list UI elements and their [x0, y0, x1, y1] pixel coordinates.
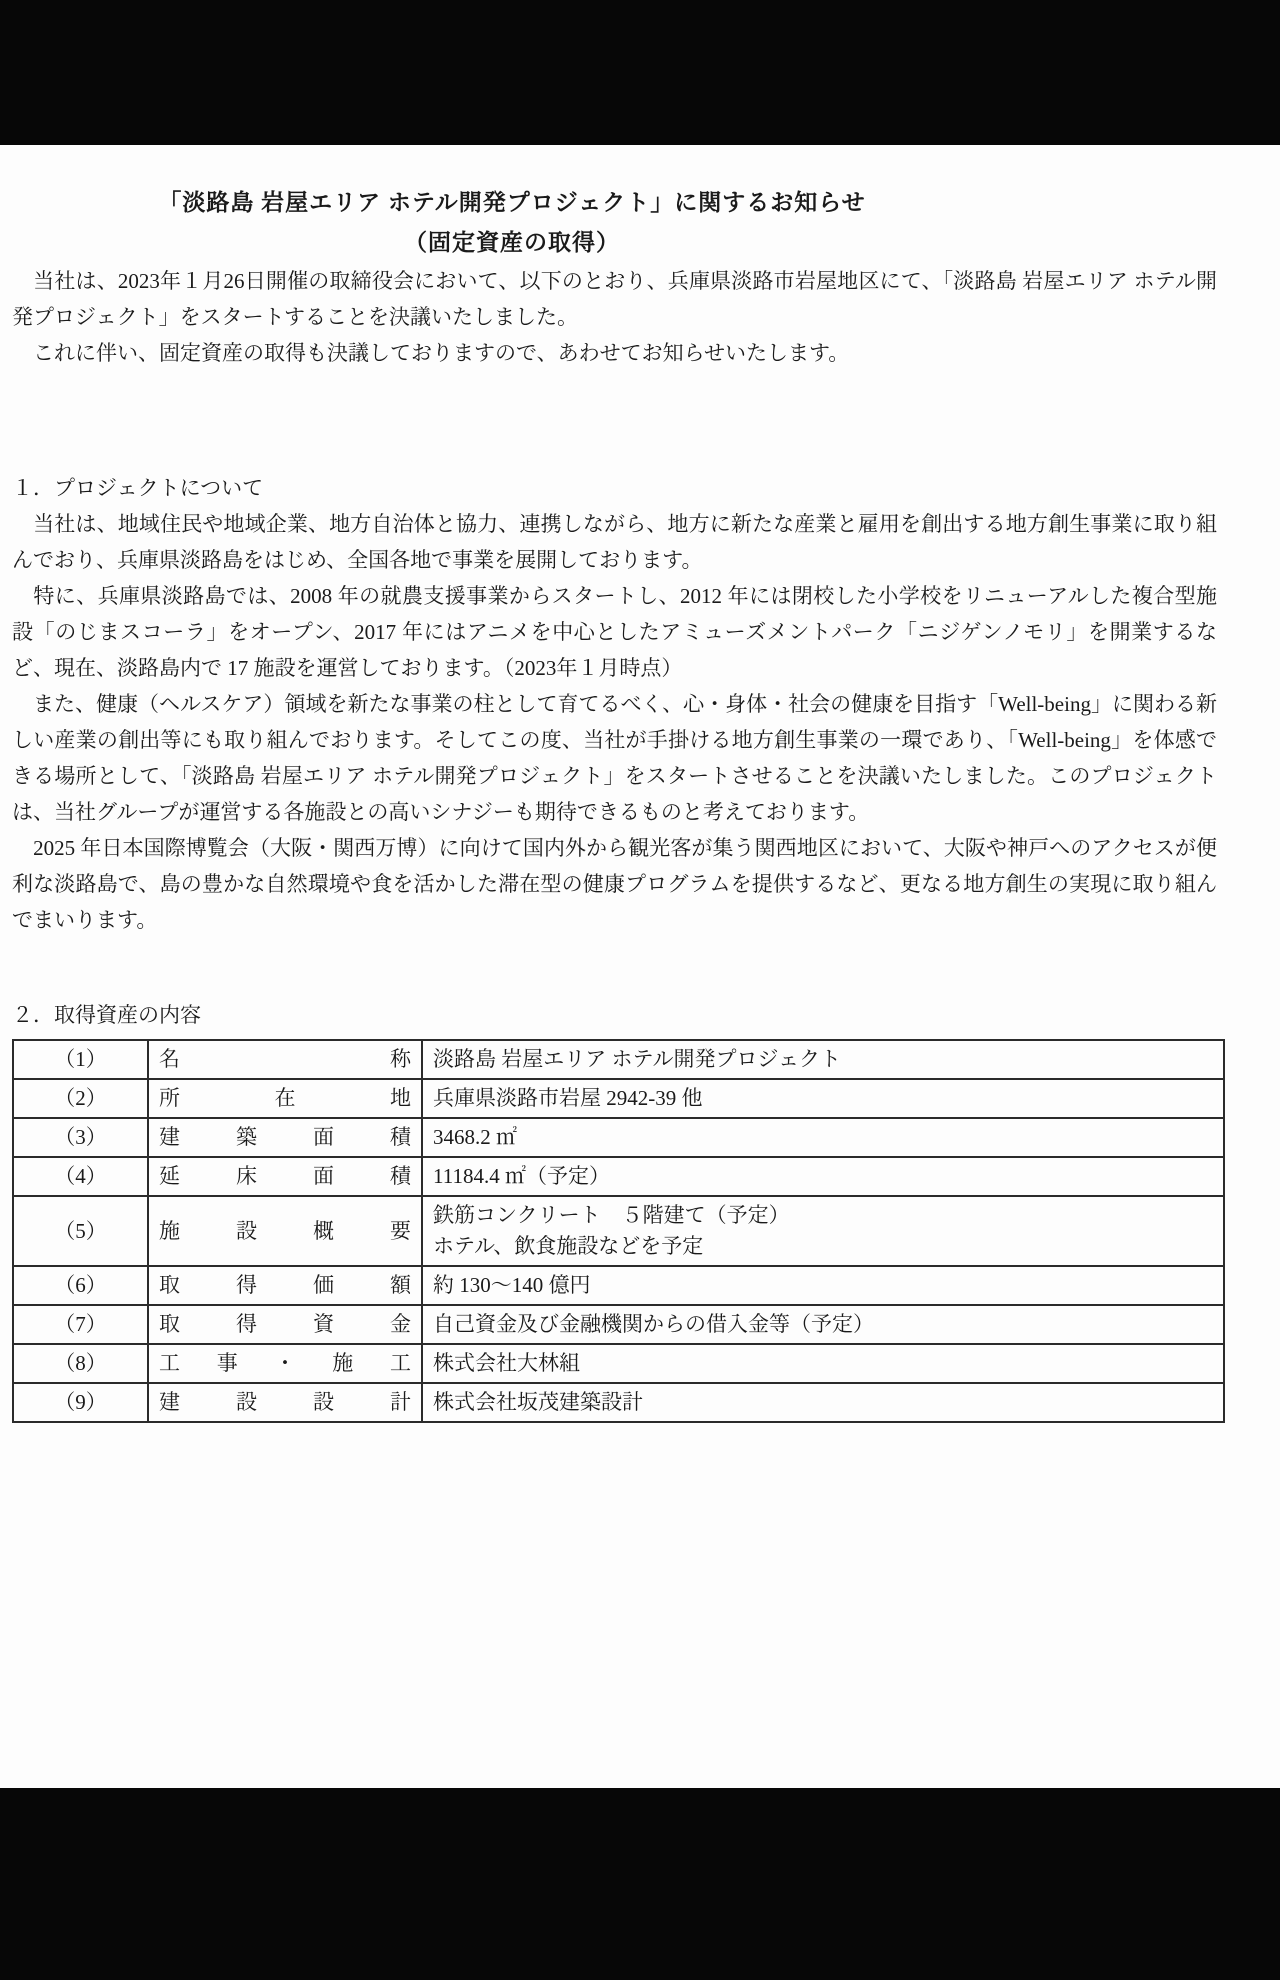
document-title: 「淡路島 岩屋エリア ホテル開発プロジェクト」に関するお知らせ （固定資産の取得… [12, 183, 1012, 263]
row-value: 鉄筋コンクリート ５階建て（予定） ホテル、飲食施設などを予定 [422, 1196, 1224, 1266]
table-row: （5） 施設概要 鉄筋コンクリート ５階建て（予定） ホテル、飲食施設などを予定 [13, 1196, 1224, 1266]
table-row: （7） 取得資金 自己資金及び金融機関からの借入金等（予定） [13, 1305, 1224, 1344]
acquired-assets-table: （1） 名称 淡路島 岩屋エリア ホテル開発プロジェクト （2） 所在地 兵庫県… [12, 1039, 1225, 1423]
table-row: （4） 延床面積 11184.4 ㎡（予定） [13, 1157, 1224, 1196]
row-number: （2） [13, 1079, 148, 1118]
row-number: （3） [13, 1118, 148, 1157]
row-number: （5） [13, 1196, 148, 1266]
document-page: 「淡路島 岩屋エリア ホテル開発プロジェクト」に関するお知らせ （固定資産の取得… [0, 145, 1280, 1788]
table-row: （1） 名称 淡路島 岩屋エリア ホテル開発プロジェクト [13, 1040, 1224, 1079]
row-label: 工事・施工 [148, 1344, 422, 1383]
section1-paragraph-3: また、健康（ヘルスケア）領域を新たな事業の柱として育てるべく、心・身体・社会の健… [12, 686, 1217, 830]
table-row: （8） 工事・施工 株式会社大林組 [13, 1344, 1224, 1383]
row-label: 延床面積 [148, 1157, 422, 1196]
bottom-black-margin [0, 1788, 1280, 1980]
row-label: 取得価額 [148, 1266, 422, 1305]
row-value: 自己資金及び金融機関からの借入金等（予定） [422, 1305, 1224, 1344]
table-row: （2） 所在地 兵庫県淡路市岩屋 2942-39 他 [13, 1079, 1224, 1118]
row-label: 名称 [148, 1040, 422, 1079]
table-row: （9） 建設設計 株式会社坂茂建築設計 [13, 1383, 1224, 1422]
row-number: （7） [13, 1305, 148, 1344]
row-value: 淡路島 岩屋エリア ホテル開発プロジェクト [422, 1040, 1224, 1079]
section1-paragraph-2: 特に、兵庫県淡路島では、2008 年の就農支援事業からスタートし、2012 年に… [12, 578, 1217, 686]
table-row: （6） 取得価額 約 130～140 億円 [13, 1266, 1224, 1305]
row-number: （6） [13, 1266, 148, 1305]
row-value: 3468.2 ㎡ [422, 1118, 1224, 1157]
row-value: 11184.4 ㎡（予定） [422, 1157, 1224, 1196]
title-line-2: （固定資産の取得） [12, 223, 1012, 263]
row-label: 建築面積 [148, 1118, 422, 1157]
row-value: 株式会社坂茂建築設計 [422, 1383, 1224, 1422]
section2-heading: ２．取得資産の内容 [12, 998, 1222, 1033]
table-row: （3） 建築面積 3468.2 ㎡ [13, 1118, 1224, 1157]
section1-paragraph-4: 2025 年日本国際博覧会（大阪・関西万博）に向けて国内外から観光客が集う関西地… [12, 830, 1217, 938]
row-label: 建設設計 [148, 1383, 422, 1422]
row-label: 取得資金 [148, 1305, 422, 1344]
row-number: （1） [13, 1040, 148, 1079]
row-value: 株式会社大林組 [422, 1344, 1224, 1383]
intro-paragraph: 当社は、2023年１月26日開催の取締役会において、以下のとおり、兵庫県淡路市岩… [12, 263, 1217, 371]
row-value: 兵庫県淡路市岩屋 2942-39 他 [422, 1079, 1224, 1118]
top-black-margin [0, 0, 1280, 145]
row-value: 約 130～140 億円 [422, 1266, 1224, 1305]
section1-heading: １．プロジェクトについて [12, 471, 1222, 506]
row-number: （9） [13, 1383, 148, 1422]
title-line-1: 「淡路島 岩屋エリア ホテル開発プロジェクト」に関するお知らせ [12, 183, 1012, 223]
row-number: （8） [13, 1344, 148, 1383]
row-label: 施設概要 [148, 1196, 422, 1266]
row-label: 所在地 [148, 1079, 422, 1118]
row-number: （4） [13, 1157, 148, 1196]
section1-paragraph-1: 当社は、地域住民や地域企業、地方自治体と協力、連携しながら、地方に新たな産業と雇… [12, 506, 1217, 578]
